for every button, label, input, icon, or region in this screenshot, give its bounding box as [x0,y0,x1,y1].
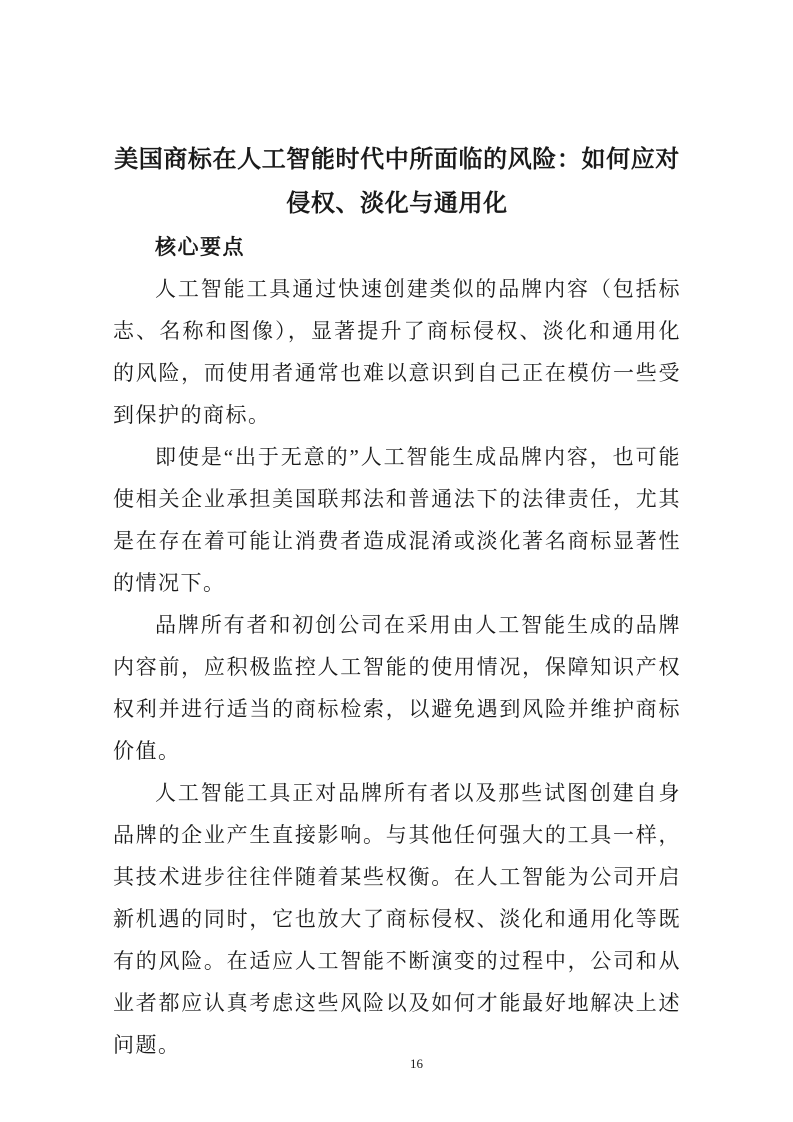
document-content: 美国商标在人工智能时代中所面临的风险：如何应对 侵权、淡化与通用化 核心要点 人… [113,0,681,1066]
document-page: 美国商标在人工智能时代中所面临的风险：如何应对 侵权、淡化与通用化 核心要点 人… [0,0,793,1122]
document-title-line-2: 侵权、淡化与通用化 [113,182,681,226]
page-number: 16 [0,1056,793,1072]
section-heading-key-points: 核心要点 [113,226,681,268]
paragraph-2: 即使是“出于无意的”人工智能生成品牌内容，也可能使相关企业承担美国联邦法和普通法… [113,436,681,604]
paragraph-4: 人工智能工具正对品牌所有者以及那些试图创建自身品牌的企业产生直接影响。与其他任何… [113,772,681,1066]
document-title-line-1: 美国商标在人工智能时代中所面临的风险：如何应对 [113,138,681,182]
paragraph-1: 人工智能工具通过快速创建类似的品牌内容（包括标志、名称和图像），显著提升了商标侵… [113,268,681,436]
paragraph-3: 品牌所有者和初创公司在采用由人工智能生成的品牌内容前，应积极监控人工智能的使用情… [113,604,681,772]
document-title: 美国商标在人工智能时代中所面临的风险：如何应对 侵权、淡化与通用化 [113,138,681,226]
